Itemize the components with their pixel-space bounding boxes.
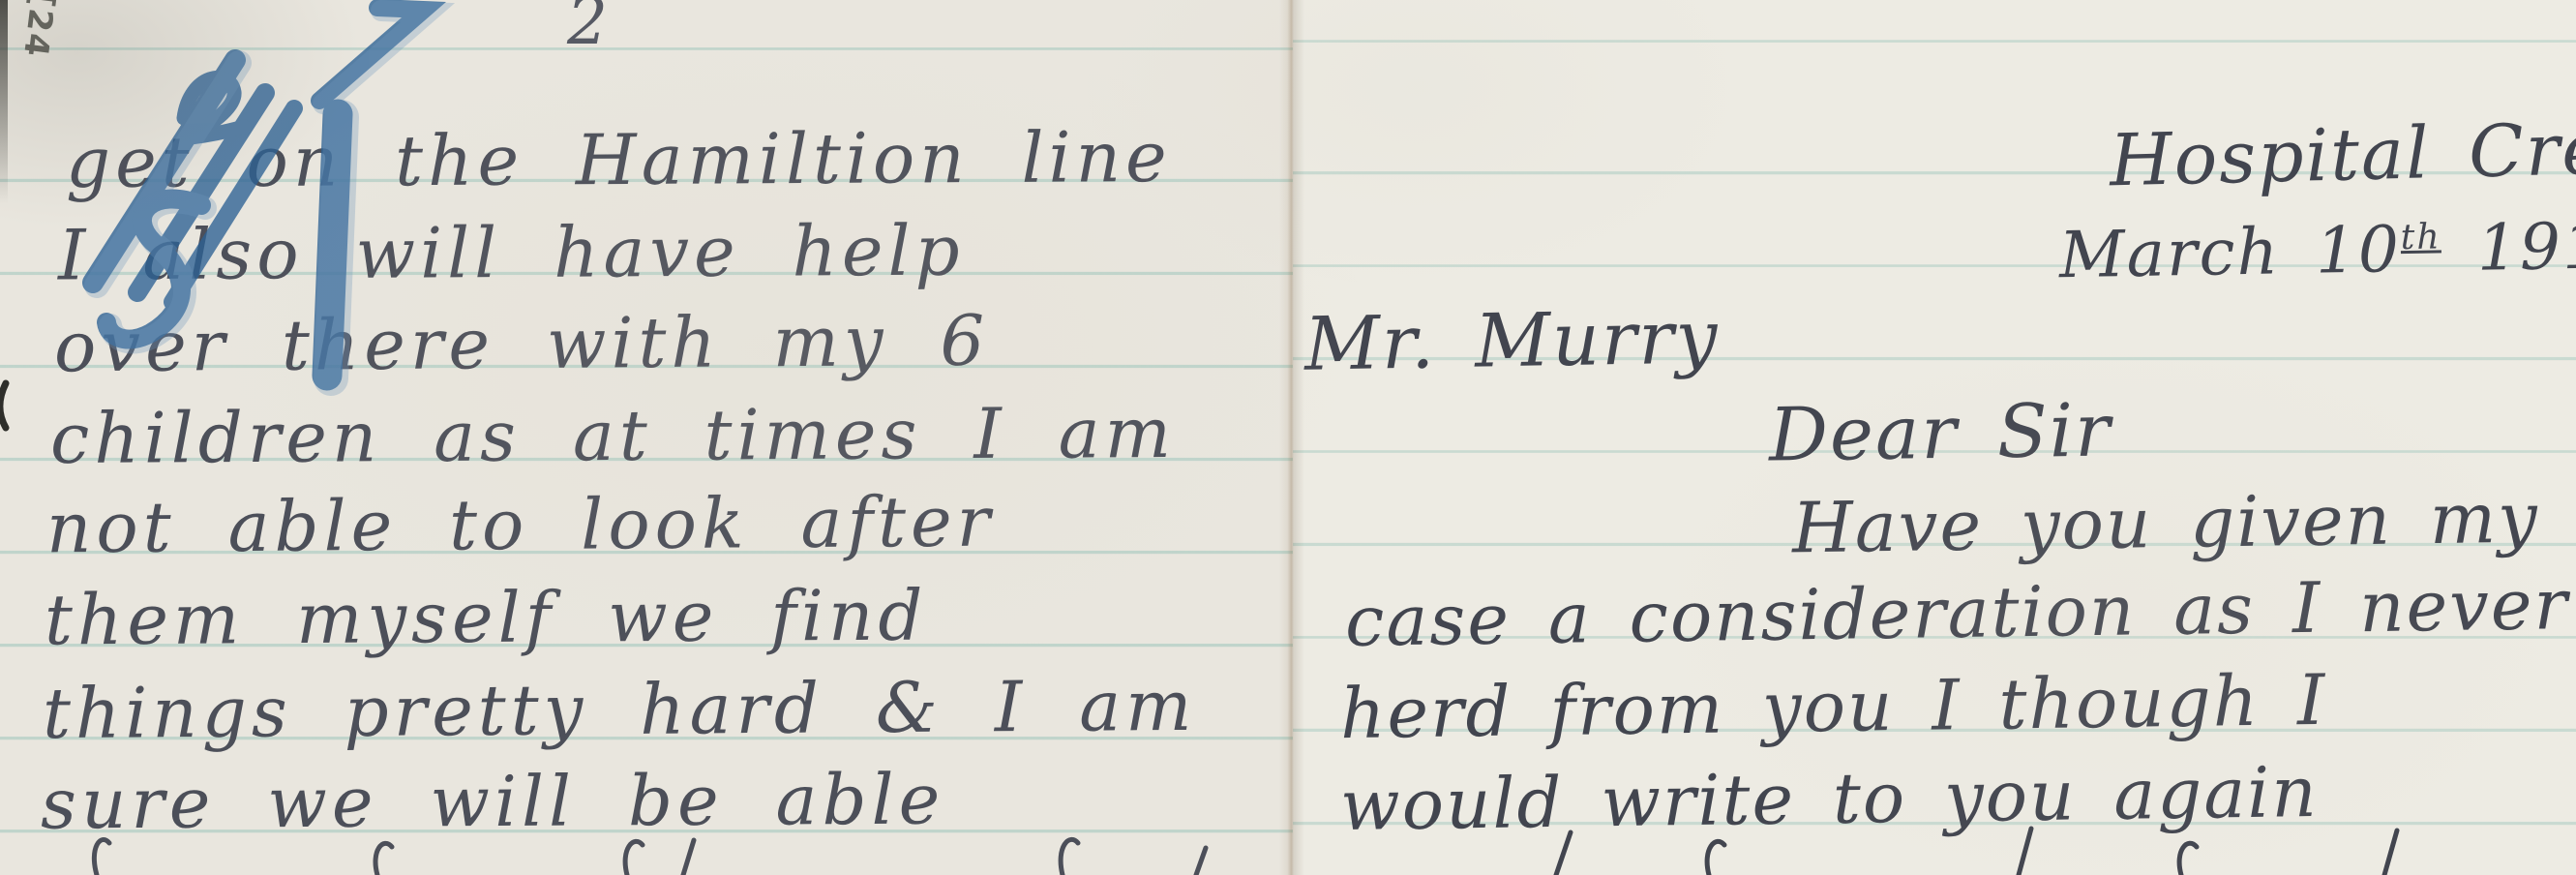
date-prefix: March 10 bbox=[2058, 212, 2401, 292]
page-number: 2 bbox=[567, 0, 608, 59]
salutation-line: Dear Sir bbox=[1768, 394, 2112, 472]
handwriting-line: herd from you I though I bbox=[1340, 665, 2327, 748]
addressee-line: Mr. Murry bbox=[1303, 300, 1720, 380]
handwriting-line: things pretty hard & I am bbox=[43, 671, 1197, 748]
handwriting-line: them myself we find bbox=[45, 581, 928, 655]
date-line: March 10th 1915 bbox=[2058, 214, 2576, 288]
handwriting-line: children as at times I am bbox=[50, 398, 1176, 473]
handwriting-line: would write to you again bbox=[1340, 757, 2320, 840]
handwriting-line: I also will have help bbox=[58, 216, 965, 290]
place-line: Hospital Creek bbox=[2109, 111, 2576, 197]
letter-scan: 2 [24 get on the Hamiltion line I also w… bbox=[0, 0, 2576, 875]
handwriting-line: sure we will be able bbox=[41, 765, 945, 839]
date-year: 1915 bbox=[2476, 208, 2576, 286]
handwriting-line: over there with my 6 bbox=[54, 306, 990, 382]
handwriting-line: case a consideration as I never bbox=[1345, 569, 2570, 656]
handwriting-line: not able to look after bbox=[46, 487, 996, 563]
scan-edge-artifact bbox=[0, 0, 8, 203]
date-ordinal-superscript: th bbox=[2400, 215, 2441, 257]
handwriting-line: Have you given my bbox=[1792, 483, 2540, 563]
handwriting-line: get on the Hamiltion line bbox=[66, 122, 1172, 197]
